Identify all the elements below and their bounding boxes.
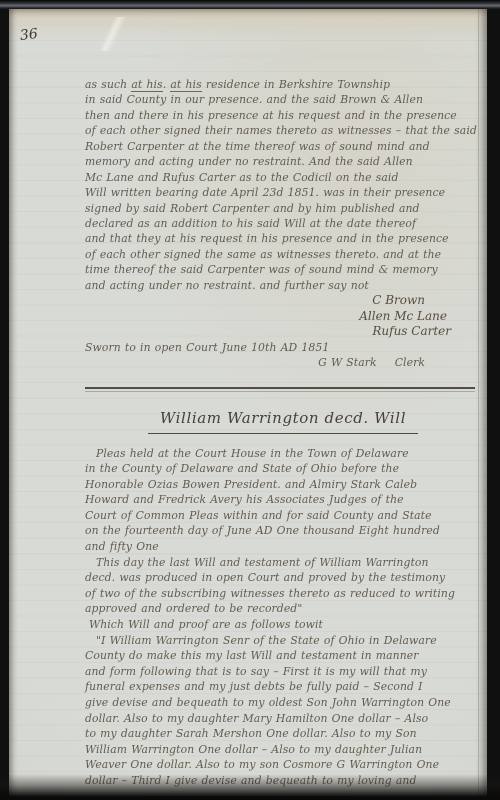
witness-signature: Allen Mc Lane: [85, 309, 481, 325]
manuscript-line: give devise and bequeath to my oldest So…: [85, 695, 481, 711]
warrington-will-record: Pleas held at the Court House in the Tow…: [85, 446, 481, 789]
witness-signature: C Brown: [85, 293, 481, 309]
manuscript-line: William Warrington One dollar – Also to …: [85, 742, 481, 758]
photo-bottom-shadow: [0, 774, 500, 800]
heading-row: William Warrington decd. Will: [85, 404, 481, 432]
manuscript-line: of two of the subscribing witnesses ther…: [85, 586, 481, 602]
manuscript-line: Which Will and proof are as follows towi…: [85, 617, 481, 633]
underlined-text: at his: [170, 78, 201, 92]
manuscript-line: memory and acting under no restraint. An…: [85, 154, 481, 169]
manuscript-line: of each other signed the same as witness…: [85, 247, 481, 262]
manuscript-line: declared as an addition to his said Will…: [85, 216, 481, 231]
manuscript-line: and form following that is to say – Firs…: [85, 664, 481, 680]
manuscript-line: Honorable Ozias Bowen President. and Alm…: [85, 477, 481, 493]
section-heading: William Warrington decd. Will: [148, 404, 418, 434]
manuscript-line: on the fourteenth day of June AD One tho…: [85, 523, 481, 539]
underlined-text: at his: [131, 78, 162, 92]
manuscript-line: decd. was produced in open Court and pro…: [85, 570, 481, 586]
manuscript-line: funeral expenses and my just debts be fu…: [85, 679, 481, 695]
manuscript-line: and acting under no restraint. and furth…: [85, 278, 481, 293]
manuscript-line: then and there in his presence at his re…: [85, 108, 481, 123]
manuscript-line: in said County in our presence. and the …: [85, 92, 481, 107]
manuscript-line: in the County of Delaware and State of O…: [85, 461, 481, 477]
manuscript-line: and fifty One: [85, 539, 481, 555]
manuscript-line: as such at his. at his residence in Berk…: [85, 77, 481, 92]
manuscript-line: This day the last Will and testament of …: [85, 555, 481, 571]
manuscript-line: signed by said Robert Carpenter and by h…: [85, 201, 481, 216]
clerk-name: G W Stark: [318, 356, 377, 369]
manuscript-line: Robert Carpenter at the time thereof was…: [85, 139, 481, 154]
manuscript-line: Pleas held at the Court House in the Tow…: [85, 446, 481, 462]
manuscript-line: dollar. Also to my daughter Mary Hamilto…: [85, 711, 481, 727]
page-number: 36: [19, 26, 39, 44]
manuscript-line: Court of Common Pleas within and for sai…: [85, 508, 481, 524]
manuscript-line: approved and ordered to be recorded": [85, 601, 481, 617]
manuscript-line: "I William Warrington Senr of the State …: [85, 633, 481, 649]
text-segment: residence in Berkshire Township: [202, 78, 390, 91]
manuscript-line: Mc Lane and Rufus Carter as to the Codic…: [85, 170, 481, 185]
manuscript-line: Will written bearing date April 23d 1851…: [85, 185, 481, 200]
section-divider: [85, 387, 475, 392]
manuscript-body: as such at his. at his residence in Berk…: [85, 77, 481, 789]
ledger-photo: 36 as such at his. at his residence in B…: [0, 0, 500, 800]
text-segment: as such: [85, 78, 131, 91]
manuscript-line: of each other signed their names thereto…: [85, 123, 481, 138]
manuscript-line: time thereof the said Carpenter was of s…: [85, 262, 481, 277]
clerk-signature: G W StarkClerk: [85, 355, 481, 370]
manuscript-line: Weaver One dollar. Also to my son Cosmor…: [85, 757, 481, 773]
manuscript-line: to my daughter Sarah Mershon One dollar.…: [85, 726, 481, 742]
paper-fold: [47, 17, 177, 51]
manuscript-line: County do make this my last Will and tes…: [85, 648, 481, 664]
witness-signature: Rufus Carter: [85, 324, 481, 340]
manuscript-line: and that they at his request in his pres…: [85, 231, 481, 246]
clerk-title: Clerk: [395, 356, 425, 369]
manuscript-line: Howard and Fredrick Avery his Associates…: [85, 492, 481, 508]
sworn-statement: Sworn to in open Court June 10th AD 1851: [85, 340, 481, 355]
